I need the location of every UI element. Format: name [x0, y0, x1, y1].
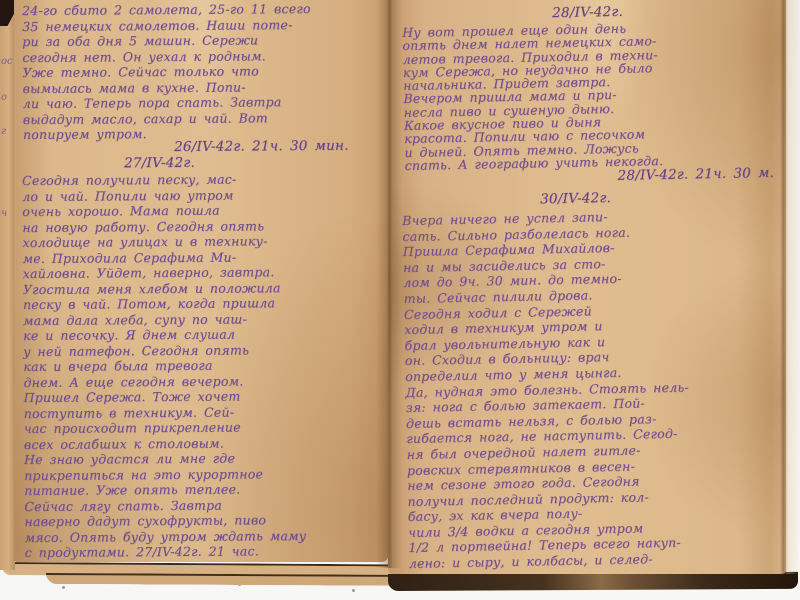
cut-off-ink-mark: ос: [1, 56, 13, 67]
diary-entry-28: Ну вот прошел еще один день опять днем н…: [402, 19, 785, 173]
page-edge-sliver: ос о г ч: [0, 0, 15, 570]
diary-photo: ос о г ч 24-го сбито 2 самолета, 25-го 1…: [0, 0, 800, 600]
diary-entry-24-continuation: 24-го сбито 2 самолета, 25-го 11 всего 3…: [22, 1, 381, 143]
diary-entry-27: Сегодня получили песку, мас- ло и чай. П…: [22, 171, 383, 561]
desk-speck: [352, 589, 355, 592]
cut-off-ink-mark: о: [1, 92, 7, 103]
diary-entry-30: Вчера ничего не успел запи- сать. Сильно…: [402, 206, 789, 572]
desk-speck: [62, 586, 65, 589]
cut-off-ink-mark: г: [1, 126, 6, 137]
cut-off-ink-mark: ч: [1, 208, 7, 219]
notebook-cover-edge: [388, 572, 798, 591]
entry-heading-27: 27/IV-42г.: [22, 154, 380, 172]
